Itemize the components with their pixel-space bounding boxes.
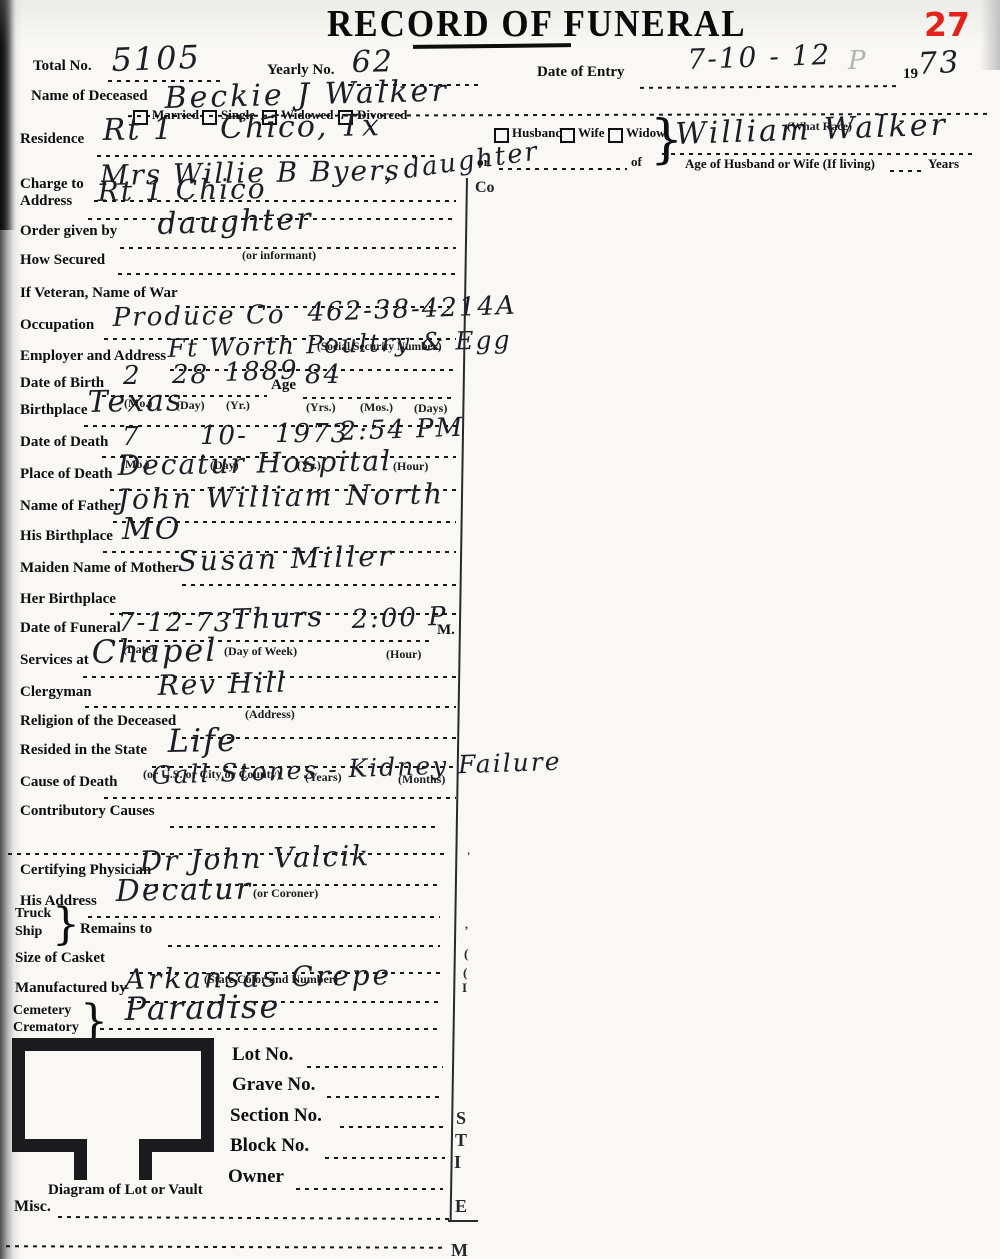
total-no-value: 5105: [111, 41, 201, 76]
birthplace-value: Texas: [87, 386, 183, 418]
scan-shadow-topleft: [0, 0, 16, 230]
widow-checkbox: [608, 128, 623, 143]
age-value: 84: [305, 362, 342, 388]
religion-label: Religion of the Deceased: [20, 713, 176, 730]
grave-no-label: Grave No.: [232, 1075, 315, 1096]
manufactured-by-label: Manufactured by: [15, 980, 127, 997]
resided-value: Life: [167, 724, 238, 757]
charge-to-label: Charge to: [20, 176, 84, 193]
name-of-father-label: Name of Father: [20, 498, 121, 515]
column-divider-corner: [448, 1220, 478, 1222]
date-of-entry-value: 7-10 - 12: [687, 41, 832, 74]
spouse-age-line: [890, 170, 924, 172]
block-no-line: [325, 1157, 445, 1159]
total-no-label: Total No.: [33, 58, 92, 75]
clergyman-value: Rev Hill: [157, 669, 287, 700]
section-no-label: Section No.: [230, 1106, 322, 1127]
cause-of-death-line: [104, 797, 456, 799]
death-hour-value: 2:54 PM: [339, 415, 465, 445]
place-of-death-label: Place of Death: [20, 466, 112, 483]
birthplace-label: Birthplace: [20, 402, 88, 419]
size-of-casket-label: Size of Casket: [15, 950, 105, 967]
date-of-entry-line: [640, 85, 900, 89]
employer-label: Employer and Address: [20, 348, 166, 365]
fragment-paren2: (: [463, 965, 467, 981]
name-of-deceased-label: Name of Deceased: [31, 88, 148, 105]
spouse-name-line: [662, 153, 974, 155]
block-no-label: Block No.: [230, 1136, 309, 1157]
fragment-paren1: (: [464, 946, 468, 962]
residence-label: Residence: [20, 131, 84, 148]
funeral-hour-sublabel: (Hour): [386, 648, 421, 661]
funeral-day-of-week-value: Thurs: [231, 603, 324, 634]
his-birthplace-value: MO: [122, 515, 181, 545]
order-given-by-value: daughter: [157, 205, 313, 240]
death-month-value: 7: [122, 424, 141, 450]
page-number-stamp: 27: [924, 5, 970, 44]
death-hour-sublabel: (Hour): [393, 460, 428, 473]
or-coroner-sublabel: (or Coroner): [253, 887, 318, 900]
contributory-causes-label: Contributory Causes: [20, 803, 155, 820]
fragment-i-small: I: [462, 980, 467, 996]
remains-to-line: [168, 945, 440, 947]
crematory-label: Crematory: [13, 1020, 79, 1035]
how-secured-line: [118, 273, 456, 275]
spouse-name-value: William Walker: [675, 111, 948, 150]
funeral-hour-value: 2:00 P: [351, 604, 448, 633]
truck-label: Truck: [15, 906, 51, 921]
veteran-war-label: If Veteran, Name of War: [20, 285, 178, 302]
name-of-father-value: John William North: [118, 480, 446, 514]
date-of-entry-faint-mark: P: [848, 48, 868, 74]
how-secured-label: How Secured: [20, 252, 105, 269]
fragment-co: Co: [475, 179, 495, 197]
lot-no-line: [307, 1066, 443, 1068]
grave-no-line: [327, 1096, 443, 1098]
age-yrs-sublabel: (Yrs.): [306, 401, 336, 414]
charge-to-value-suffix: , daughter: [381, 138, 540, 186]
lot-vault-diagram: [12, 1038, 214, 1180]
yearly-no-value: 62: [351, 47, 394, 78]
cemetery-line: [100, 1028, 440, 1030]
date-of-death-label: Date of Death: [20, 434, 108, 451]
place-of-death-value: Decatur Hospital: [118, 447, 393, 480]
services-at-value: Chapel: [91, 634, 217, 668]
scan-shadow-topright: [980, 0, 1000, 70]
age-mos-sublabel: (Mos.): [360, 401, 393, 414]
wife-checkbox: [560, 128, 575, 143]
scan-shadow-bottomleft: [0, 0, 12, 230]
wife-label: Wife: [578, 126, 604, 140]
cause-of-death-label: Cause of Death: [20, 774, 118, 791]
fragment-m: M: [451, 1240, 468, 1259]
misc-line2: [6, 1245, 444, 1249]
death-day-value: 10-: [200, 423, 248, 449]
fragment-s: S: [456, 1108, 466, 1129]
fragment-t: T: [455, 1130, 467, 1151]
fragment-comma: ,: [465, 917, 468, 932]
clergyman-address-sublabel: (Address): [245, 708, 295, 721]
date-of-entry-label: Date of Entry: [537, 64, 624, 81]
occupation-label: Occupation: [20, 317, 94, 334]
fragment-e: E: [455, 1196, 467, 1217]
remains-to-label: Remains to: [80, 921, 152, 938]
fragment-tick: ': [467, 849, 470, 864]
ship-label: Ship: [15, 924, 42, 939]
page-title: RECORD OF FUNERAL: [327, 2, 747, 46]
or-informant-sublabel: (or informant): [242, 249, 316, 262]
owner-line: [296, 1188, 443, 1190]
order-given-by-label: Order given by: [20, 223, 117, 240]
cemetery-label: Cemetery: [13, 1003, 71, 1018]
cemetery-value: Paradise: [124, 990, 280, 1025]
occupation-ssn-value: 462-38-4214A: [307, 293, 517, 326]
employer-value: Ft Worth Poultry & Egg: [167, 327, 511, 361]
occupation-value: Produce Co: [113, 302, 286, 331]
spouse-of-label: of: [631, 155, 642, 169]
diagram-caption: Diagram of Lot or Vault: [48, 1182, 203, 1199]
date-of-birth-line-right: [303, 397, 455, 399]
age-label: Age: [271, 377, 296, 394]
truck-ship-brace: }: [52, 903, 80, 947]
certifying-physician-value: Dr John Valcik: [139, 842, 370, 876]
address-label: Address: [20, 193, 72, 210]
contributory-causes-line: [170, 826, 440, 828]
title-underline: [413, 43, 571, 49]
his-address-value: Decatur: [115, 875, 252, 907]
clergyman-label: Clergyman: [20, 684, 92, 701]
death-year-value: 1973: [275, 421, 349, 447]
spouse-years-label: Years: [928, 157, 959, 171]
misc-line: [58, 1216, 454, 1220]
maiden-name-of-mother-value: Susan Miller: [177, 542, 394, 576]
residence-value: Rt 1 Chico, Tx: [102, 111, 381, 146]
owner-label: Owner: [228, 1167, 284, 1188]
fragment-i: I: [454, 1152, 461, 1173]
funeral-m-label: M.: [437, 622, 455, 639]
resided-in-state-label: Resided in the State: [20, 742, 147, 759]
her-birthplace-label: Her Birthplace: [20, 591, 116, 608]
his-birthplace-label: His Birthplace: [20, 528, 113, 545]
his-address-line: [88, 916, 440, 918]
year-printed-label: 19: [903, 66, 918, 83]
year-written-value: 73: [917, 48, 961, 80]
lot-no-label: Lot No.: [232, 1045, 293, 1066]
funeral-record-page: RECORD OF FUNERAL 27 Total No. 5105 Year…: [0, 0, 1000, 1259]
funeral-dow-sublabel: (Day of Week): [224, 645, 297, 658]
section-no-line: [340, 1126, 445, 1128]
misc-label: Misc.: [14, 1198, 51, 1216]
address-value: Rt 1 Chico: [98, 175, 267, 206]
maiden-name-of-mother-line: [182, 584, 456, 586]
services-at-label: Services at: [20, 652, 89, 669]
birth-yr-sublabel: (Yr.): [226, 399, 250, 412]
maiden-name-of-mother-label: Maiden Name of Mother: [20, 560, 179, 577]
spouse-age-label: Age of Husband or Wife (If living): [685, 157, 875, 171]
